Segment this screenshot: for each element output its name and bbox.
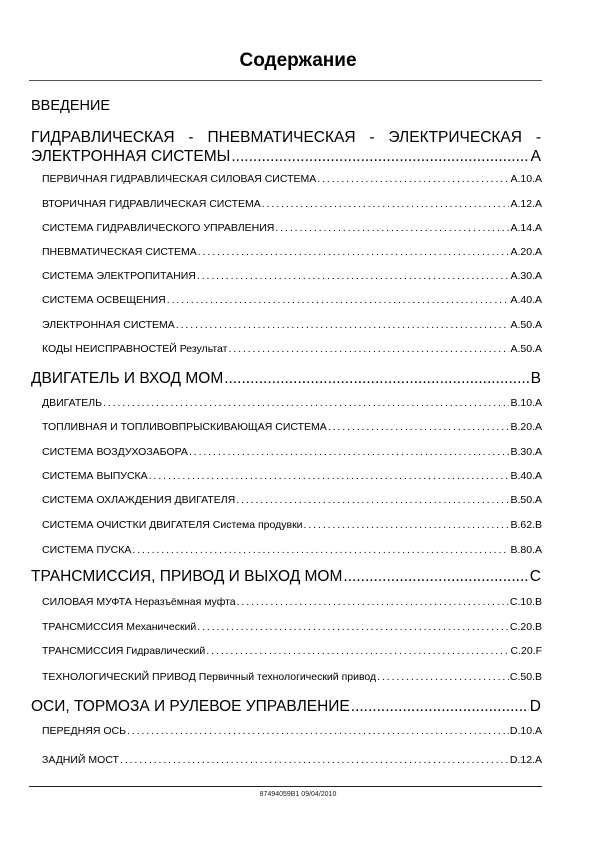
dot-leader (103, 397, 509, 409)
toc-item[interactable]: СИСТЕМА ПУСКАB.80.A (42, 544, 542, 556)
toc-item-code: B.20.A (510, 421, 542, 433)
toc-item-label: СИСТЕМА ОСВЕЩЕНИЯ (42, 294, 166, 306)
section-code: D (530, 697, 541, 716)
toc-item[interactable]: СИСТЕМА ОЧИСТКИ ДВИГАТЕЛЯ Система продув… (42, 519, 542, 531)
dot-leader (228, 343, 509, 355)
dot-leader (189, 446, 510, 458)
page-title: Содержание (0, 50, 596, 72)
toc-item-code: C.50.B (510, 671, 542, 683)
section-title: ОСИ, ТОРМОЗА И РУЛЕВОЕ УПРАВЛЕНИЕ (31, 697, 350, 716)
toc-item-code: C.10.B (510, 596, 542, 608)
toc-item-label: СИСТЕМА ОЧИСТКИ ДВИГАТЕЛЯ Система продув… (42, 519, 303, 531)
section-title: ЭЛЕКТРОННАЯ СИСТЕМЫ (31, 147, 230, 166)
toc-item[interactable]: ТРАНСМИССИЯ ГидравлическийC.20.F (42, 645, 542, 657)
dot-leader (275, 222, 509, 234)
dot-leader (127, 725, 509, 737)
toc-item[interactable]: СИЛОВАЯ МУФТА Неразъёмная муфтаC.10.B (42, 596, 542, 608)
toc-item[interactable]: ТРАНСМИССИЯ МеханическийC.20.B (42, 621, 542, 633)
toc-item-label: ПЕРЕДНЯЯ ОСЬ (42, 725, 126, 737)
toc-item-label: ВТОРИЧНАЯ ГИДРАВЛИЧЕСКАЯ СИСТЕМА (42, 198, 261, 210)
dot-leader (149, 470, 510, 482)
toc-item-code: A.10.A (510, 173, 542, 185)
toc-item-code: C.20.B (510, 621, 542, 633)
toc-section-b[interactable]: ДВИГАТЕЛЬ И ВХОД МОМ B (31, 369, 541, 388)
toc-item-label: СИСТЕМА ВЫПУСКА (42, 470, 148, 482)
dot-leader (304, 519, 510, 531)
toc-item-label: ТОПЛИВНАЯ И ТОПЛИВОВПРЫСКИВАЮЩАЯ СИСТЕМА (42, 421, 327, 433)
toc-item-code: B.30.A (510, 446, 542, 458)
toc-section-c[interactable]: ТРАНСМИССИЯ, ПРИВОД И ВЫХОД МОМ C (31, 567, 541, 586)
toc-item-code: B.10.A (510, 397, 542, 409)
toc-item-code: A.14.A (510, 222, 542, 234)
toc-item[interactable]: ВТОРИЧНАЯ ГИДРАВЛИЧЕСКАЯ СИСТЕМАA.12.A (42, 198, 542, 210)
toc-item-label: СИСТЕМА ГИДРАВЛИЧЕСКОГО УПРАВЛЕНИЯ (42, 222, 274, 234)
dot-leader (231, 147, 529, 166)
toc-item-code: A.40.A (510, 294, 542, 306)
dot-leader (197, 270, 510, 282)
toc-item[interactable]: СИСТЕМА ВЫПУСКАB.40.A (42, 470, 542, 482)
toc-item[interactable]: ПНЕВМАТИЧЕСКАЯ СИСТЕМАA.20.A (42, 246, 542, 258)
toc-item[interactable]: ПЕРЕДНЯЯ ОСЬD.10.A (42, 725, 542, 737)
toc-item-label: СИСТЕМА ВОЗДУХОЗАБОРА (42, 446, 188, 458)
dot-leader (262, 198, 510, 210)
dot-leader (120, 754, 509, 766)
dot-leader (328, 421, 510, 433)
toc-item-code: B.62.B (510, 519, 542, 531)
dot-leader (198, 246, 510, 258)
toc-item-code: A.30.A (510, 270, 542, 282)
toc-item[interactable]: СИСТЕМА ЭЛЕКТРОПИТАНИЯA.30.A (42, 270, 542, 282)
section-code: C (530, 567, 541, 586)
dot-leader (224, 369, 529, 388)
toc-item[interactable]: КОДЫ НЕИСПРАВНОСТЕЙ РезультатA.50.A (42, 343, 542, 355)
toc-item-code: B.50.A (510, 494, 542, 506)
toc-item-label: ПНЕВМАТИЧЕСКАЯ СИСТЕМА (42, 246, 197, 258)
dot-leader (167, 294, 510, 306)
toc-item[interactable]: ЭЛЕКТРОННАЯ СИСТЕМАA.50.A (42, 319, 542, 331)
toc-item-label: СИЛОВАЯ МУФТА Неразъёмная муфта (42, 596, 236, 608)
toc-item-label: ТЕХНОЛОГИЧЕСКИЙ ПРИВОД Первичный техноло… (42, 671, 376, 683)
section-title: ДВИГАТЕЛЬ И ВХОД МОМ (31, 369, 223, 388)
dot-leader (317, 173, 509, 185)
toc-item-label: ТРАНСМИССИЯ Механический (42, 621, 196, 633)
dot-leader (351, 697, 529, 716)
toc-item[interactable]: СИСТЕМА ОСВЕЩЕНИЯA.40.A (42, 294, 542, 306)
section-title: ТРАНСМИССИЯ, ПРИВОД И ВЫХОД МОМ (31, 567, 342, 586)
toc-item[interactable]: ДВИГАТЕЛЬB.10.A (42, 397, 542, 409)
dot-leader (236, 494, 509, 506)
dot-leader (206, 645, 509, 657)
dot-leader (237, 596, 509, 608)
toc-item-label: КОДЫ НЕИСПРАВНОСТЕЙ Результат (42, 343, 227, 355)
toc-section-a[interactable]: ГИДРАВЛИЧЕСКАЯ - ПНЕВМАТИЧЕСКАЯ - ЭЛЕКТР… (31, 128, 541, 166)
toc-item-label: СИСТЕМА ОХЛАЖДЕНИЯ ДВИГАТЕЛЯ (42, 494, 235, 506)
toc-item-code: A.20.A (510, 246, 542, 258)
toc-intro-link[interactable]: ВВЕДЕНИЕ (31, 98, 110, 114)
footer-rule (29, 786, 542, 787)
document-footer: 87494059B1 09/04/2010 (0, 791, 596, 798)
toc-item[interactable]: СИСТЕМА ГИДРАВЛИЧЕСКОГО УПРАВЛЕНИЯA.14.A (42, 222, 542, 234)
toc-item-label: СИСТЕМА ЭЛЕКТРОПИТАНИЯ (42, 270, 196, 282)
toc-item-label: ТРАНСМИССИЯ Гидравлический (42, 645, 205, 657)
dot-leader (132, 544, 509, 556)
section-title-line1: ГИДРАВЛИЧЕСКАЯ - ПНЕВМАТИЧЕСКАЯ - ЭЛЕКТР… (31, 128, 541, 147)
toc-item-label: ПЕРВИЧНАЯ ГИДРАВЛИЧЕСКАЯ СИЛОВАЯ СИСТЕМА (42, 173, 316, 185)
toc-item[interactable]: СИСТЕМА ОХЛАЖДЕНИЯ ДВИГАТЕЛЯB.50.A (42, 494, 542, 506)
toc-item-code: B.80.A (510, 544, 542, 556)
dot-leader (343, 567, 528, 586)
toc-section-d[interactable]: ОСИ, ТОРМОЗА И РУЛЕВОЕ УПРАВЛЕНИЕ D (31, 697, 541, 716)
toc-item-label: СИСТЕМА ПУСКА (42, 544, 131, 556)
toc-item-code: D.10.A (510, 725, 542, 737)
toc-item-code: A.50.A (510, 319, 542, 331)
toc-item-code: A.12.A (510, 198, 542, 210)
toc-item[interactable]: ЗАДНИЙ МОСТD.12.A (42, 754, 542, 766)
section-code: A (531, 147, 541, 166)
toc-item-label: ЭЛЕКТРОННАЯ СИСТЕМА (42, 319, 175, 331)
toc-item[interactable]: СИСТЕМА ВОЗДУХОЗАБОРАB.30.A (42, 446, 542, 458)
toc-item[interactable]: ПЕРВИЧНАЯ ГИДРАВЛИЧЕСКАЯ СИЛОВАЯ СИСТЕМА… (42, 173, 542, 185)
toc-item-code: D.12.A (510, 754, 542, 766)
toc-item-code: B.40.A (510, 470, 542, 482)
toc-item-code: A.50.A (510, 343, 542, 355)
toc-item[interactable]: ТОПЛИВНАЯ И ТОПЛИВОВПРЫСКИВАЮЩАЯ СИСТЕМА… (42, 421, 542, 433)
toc-item[interactable]: ТЕХНОЛОГИЧЕСКИЙ ПРИВОД Первичный техноло… (42, 671, 542, 683)
dot-leader (197, 621, 509, 633)
dot-leader (176, 319, 510, 331)
toc-item-code: C.20.F (510, 645, 542, 657)
header-rule (29, 80, 542, 81)
dot-leader (377, 671, 509, 683)
section-code: B (531, 369, 541, 388)
toc-item-label: ДВИГАТЕЛЬ (42, 397, 102, 409)
toc-item-label: ЗАДНИЙ МОСТ (42, 754, 119, 766)
